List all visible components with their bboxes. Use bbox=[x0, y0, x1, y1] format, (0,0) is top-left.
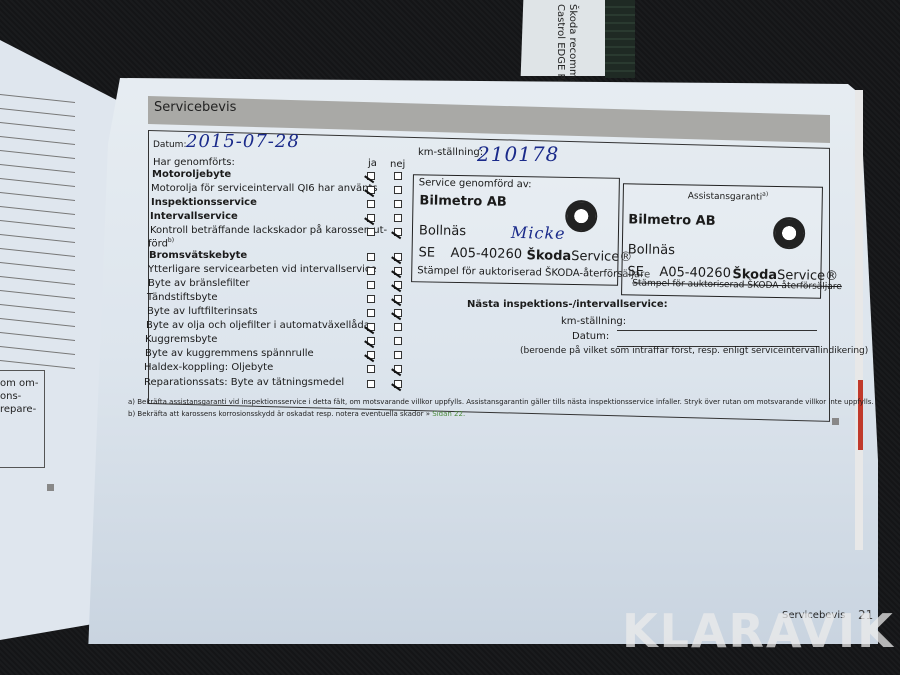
checkbox-nej[interactable] bbox=[394, 351, 402, 359]
checkbox-nej[interactable] bbox=[394, 380, 402, 388]
checkbox-ja[interactable] bbox=[367, 365, 375, 373]
checkbox-nej[interactable] bbox=[394, 253, 402, 261]
checkbox-ja[interactable] bbox=[367, 228, 375, 236]
left-page-box: om om- ons- repare- bbox=[0, 370, 45, 468]
col-yes: ja bbox=[368, 158, 377, 169]
service-item-label: Bromsvätskebyte bbox=[149, 250, 247, 261]
checkbox-nej[interactable] bbox=[394, 365, 402, 373]
checkbox-ja[interactable] bbox=[367, 186, 375, 194]
checkbox-ja[interactable] bbox=[367, 337, 375, 345]
checkbox-ja[interactable] bbox=[367, 281, 375, 289]
service-item-label: Kontroll beträffande lackskador på karos… bbox=[150, 225, 387, 236]
service-item-label: Ytterligare servicearbeten vid intervall… bbox=[148, 264, 377, 275]
date-label: Datum: bbox=[153, 140, 186, 150]
page-edge bbox=[855, 90, 863, 550]
watermark: KLARAVIK bbox=[622, 604, 895, 658]
service-item-label: Byte av bränslefilter bbox=[148, 278, 250, 289]
date-value: 2015-07-28 bbox=[186, 131, 300, 152]
km-value: 210178 bbox=[477, 142, 559, 166]
next-service-note: (beroende på vilket som inträffar först,… bbox=[520, 346, 868, 356]
next-service-title: Nästa inspektions-/intervallservice: bbox=[467, 299, 668, 310]
col-no: nej bbox=[390, 159, 405, 170]
checkbox-nej[interactable] bbox=[394, 172, 402, 180]
seat-strap bbox=[605, 0, 635, 78]
footnote-a: a) Bekräfta assistansgaranti vid inspekt… bbox=[128, 398, 874, 406]
checkbox-ja[interactable] bbox=[367, 214, 375, 222]
checkbox-nej[interactable] bbox=[394, 337, 402, 345]
km-label: km-ställning: bbox=[418, 147, 483, 158]
next-date-label: Datum: bbox=[572, 331, 609, 342]
performed-label: Har genomförts: bbox=[153, 157, 235, 168]
red-tab bbox=[858, 380, 863, 450]
checkbox-ja[interactable] bbox=[367, 267, 375, 275]
checkbox-nej[interactable] bbox=[394, 214, 402, 222]
checkbox-nej[interactable] bbox=[394, 309, 402, 317]
stamp-assistance: Assistansgarantia) Bilmetro AB Bollnäs S… bbox=[621, 183, 823, 298]
page-marker bbox=[47, 484, 54, 491]
skoda-logo-icon bbox=[773, 217, 806, 250]
checkbox-nej[interactable] bbox=[394, 267, 402, 275]
service-item-label: Motoroljebyte bbox=[152, 169, 231, 180]
service-item-label: Haldex-koppling: Oljebyte bbox=[144, 362, 273, 373]
checkbox-ja[interactable] bbox=[367, 351, 375, 359]
checkbox-ja[interactable] bbox=[367, 309, 375, 317]
service-item-label: Motorolja för serviceintervall QI6 har a… bbox=[151, 183, 378, 194]
checkbox-nej[interactable] bbox=[394, 228, 402, 236]
service-item-label: Intervallservice bbox=[150, 211, 238, 222]
left-page-lines bbox=[0, 85, 75, 385]
service-item-label-cont: fördb) bbox=[148, 237, 174, 249]
page-title: Servicebevis bbox=[154, 100, 236, 115]
service-item-label: Inspektionsservice bbox=[151, 197, 257, 208]
service-item-label: Byte av luftfilterinsats bbox=[147, 306, 257, 317]
checkbox-nej[interactable] bbox=[394, 200, 402, 208]
page-link[interactable]: Sidan 22. bbox=[432, 410, 465, 418]
service-item-label: Byte av kuggremmens spännrulle bbox=[145, 348, 314, 359]
checkbox-ja[interactable] bbox=[367, 253, 375, 261]
checkbox-ja[interactable] bbox=[367, 295, 375, 303]
service-item-label: Byte av olja och oljefilter i automatväx… bbox=[146, 320, 370, 331]
signature: Micke bbox=[511, 223, 566, 243]
checkbox-nej[interactable] bbox=[394, 323, 402, 331]
checkbox-nej[interactable] bbox=[394, 295, 402, 303]
next-km-label: km-ställning: bbox=[561, 316, 626, 327]
next-km-field[interactable] bbox=[617, 330, 817, 331]
footnote-b: b) Bekräfta att karossens korrosionsskyd… bbox=[128, 410, 465, 418]
service-item-label: Kuggremsbyte bbox=[145, 334, 217, 345]
checkbox-nej[interactable] bbox=[394, 186, 402, 194]
checkbox-ja[interactable] bbox=[367, 172, 375, 180]
service-item-label: Tändstiftsbyte bbox=[147, 292, 217, 303]
checkbox-ja[interactable] bbox=[367, 380, 375, 388]
skoda-logo-icon bbox=[565, 200, 598, 233]
service-item-label: Reparationssats: Byte av tätningsmedel bbox=[144, 377, 344, 388]
checkbox-ja[interactable] bbox=[367, 200, 375, 208]
oil-card-text: Škoda recommen Castrol EDGE Pr bbox=[478, 4, 548, 74]
checkbox-nej[interactable] bbox=[394, 281, 402, 289]
page-marker bbox=[832, 418, 839, 425]
stamp-service: Service genomförd av: Bilmetro AB Bollnä… bbox=[411, 174, 620, 286]
checkbox-ja[interactable] bbox=[367, 323, 375, 331]
